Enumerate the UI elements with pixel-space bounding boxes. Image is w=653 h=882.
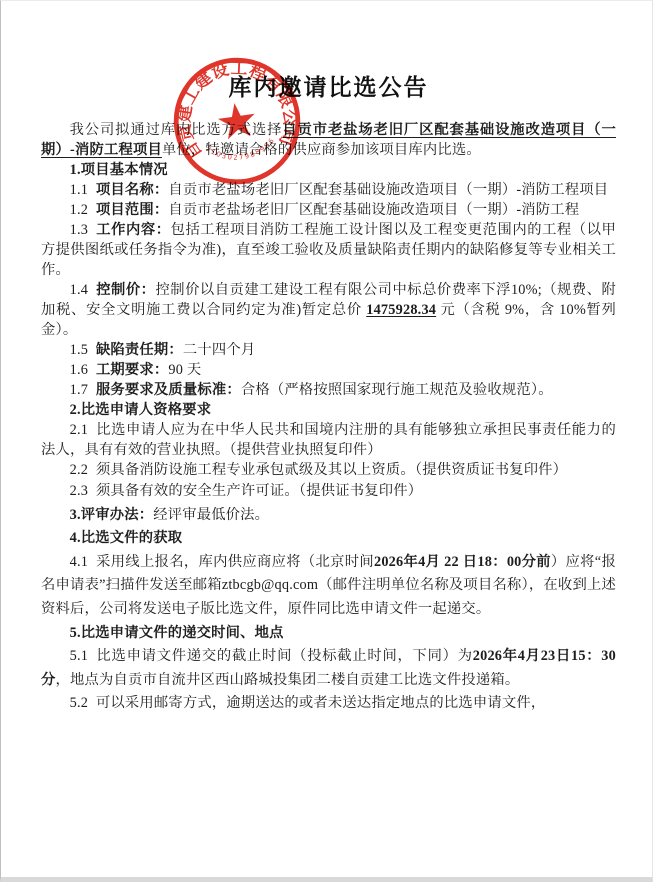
- clause-number: 2.3: [70, 483, 88, 499]
- clause-text: 采用线上报名，库内供应商应将（北京时间: [96, 554, 374, 570]
- clause-label: 控制价：: [96, 282, 156, 298]
- intro-text-tail: 单位，特邀请合格的供应商参加该项目库内比选。: [162, 142, 481, 158]
- paragraph-1-6: 1.6工期要求：90 天: [41, 360, 616, 380]
- clause-number: 1.2: [70, 202, 88, 218]
- clause-label: 项目名称：: [96, 182, 168, 198]
- section-4-heading: 4.比选文件的获取: [41, 527, 616, 551]
- clause-number: 1.5: [70, 342, 88, 358]
- paragraph-5-2: 5.2可以采用邮寄方式，逾期送达的或者未送达指定地点的比选申请文件，: [41, 692, 616, 716]
- clause-number: 5.2: [70, 695, 88, 711]
- clause-number: 1.7: [70, 382, 88, 398]
- paragraph-2-2: 2.2须具备消防设施工程专业承包贰级及其以上资质。（提供资质证书复印件）: [41, 460, 616, 480]
- clause-text: 可以采用邮寄方式，逾期送达的或者未送达指定地点的比选申请文件，: [96, 695, 545, 711]
- clause-number: 2.1: [70, 422, 88, 438]
- clause-text: 须具备消防设施工程专业承包贰级及其以上资质。（提供资质证书复印件）: [96, 462, 567, 478]
- clause-label: 服务要求及质量标准：: [96, 382, 241, 398]
- paragraph-1-2: 1.2项目范围：自贡市老盐场老旧厂区配套基础设施改造项目（一期）-消防工程: [41, 200, 616, 220]
- clause-text: 自贡市老盐场老旧厂区配套基础设施改造项目（一期）-消防工程项目: [168, 182, 608, 198]
- clause-number: 1.4: [70, 282, 88, 298]
- section-label: 3.评审办法：: [70, 507, 154, 523]
- document-page: 自贡建工建设工程有限公司 ★ 5103027988986 库内邀请比选公告 我公…: [0, 0, 653, 882]
- clause-label: 项目范围：: [96, 202, 168, 218]
- clause-text: 90 天: [168, 362, 201, 378]
- page-title: 库内邀请比选公告: [41, 69, 616, 102]
- clause-label: 工作内容：: [96, 222, 171, 238]
- clause-number: 4.1: [70, 554, 88, 570]
- section-3-heading: 3.评审办法：经评审最低价法。: [41, 504, 616, 528]
- paragraph-1-3: 1.3工作内容：包括工程项目消防工程施工设计图以及工程变更范围内的工程（以甲方提…: [41, 220, 616, 280]
- paragraph-1-4: 1.4控制价：控制价以自贡建工建设工程有限公司中标总价费率下浮10%;（规费、附…: [41, 280, 616, 340]
- section-1-heading: 1.项目基本情况: [41, 160, 616, 180]
- paragraph-2-3: 2.3须具备有效的安全生产许可证。（提供证书复印件）: [41, 480, 616, 504]
- clause-text-tail: ，地点为自贡市自流井区西山路城投集团二楼自贡建工比选文件投递箱。: [56, 672, 520, 688]
- clause-text: 须具备有效的安全生产许可证。（提供证书复印件）: [96, 483, 422, 499]
- section-2-heading: 2.比选申请人资格要求: [41, 400, 616, 420]
- registration-deadline: 2026年4月 22 日18：00分前: [374, 554, 551, 570]
- clause-number: 2.2: [70, 462, 88, 478]
- clause-number: 1.3: [70, 222, 88, 238]
- control-price-amount: 1475928.34: [366, 302, 436, 318]
- clause-number: 1.1: [70, 182, 88, 198]
- paragraph-intro: 我公司拟通过库内比选方式选择自贡市老盐场老旧厂区配套基础设施改造项目（一期）-消…: [41, 120, 616, 160]
- clause-number: 5.1: [70, 648, 88, 664]
- paragraph-1-7: 1.7服务要求及质量标准：合格（严格按照国家现行施工规范及验收规范）。: [41, 380, 616, 400]
- paragraph-5-1: 5.1比选申请文件递交的截止时间（投标截止时间，下同）为2026年4月23日15…: [41, 645, 616, 692]
- paragraph-1-1: 1.1项目名称：自贡市老盐场老旧厂区配套基础设施改造项目（一期）-消防工程项目: [41, 180, 616, 200]
- clause-number: 1.6: [70, 362, 88, 378]
- clause-text: 比选申请文件递交的截止时间（投标截止时间，下同）为: [96, 648, 473, 664]
- intro-text: 我公司拟通过库内比选方式选择: [70, 122, 283, 138]
- clause-text: 合格（严格按照国家现行施工规范及验收规范）。: [241, 382, 553, 398]
- section-text: 经评审最低价法。: [153, 507, 269, 523]
- clause-label: 工期要求：: [96, 362, 168, 378]
- clause-text: 二十四个月: [183, 342, 255, 358]
- paragraph-2-1: 2.1比选申请人应为在中华人民共和国境内注册的具有能够独立承担民事责任能力的法人…: [41, 420, 616, 460]
- clause-label: 缺陷责任期：: [96, 342, 183, 358]
- section-5-heading: 5.比选申请文件的递交时间、地点: [41, 622, 616, 646]
- clause-text: 比选申请人应为在中华人民共和国境内注册的具有能够独立承担民事责任能力的法人，具有…: [41, 422, 616, 458]
- paragraph-4-1: 4.1采用线上报名，库内供应商应将（北京时间2026年4月 22 日18：00分…: [41, 551, 616, 622]
- clause-text: 自贡市老盐场老旧厂区配套基础设施改造项目（一期）-消防工程: [168, 202, 579, 218]
- paragraph-1-5: 1.5缺陷责任期：二十四个月: [41, 340, 616, 360]
